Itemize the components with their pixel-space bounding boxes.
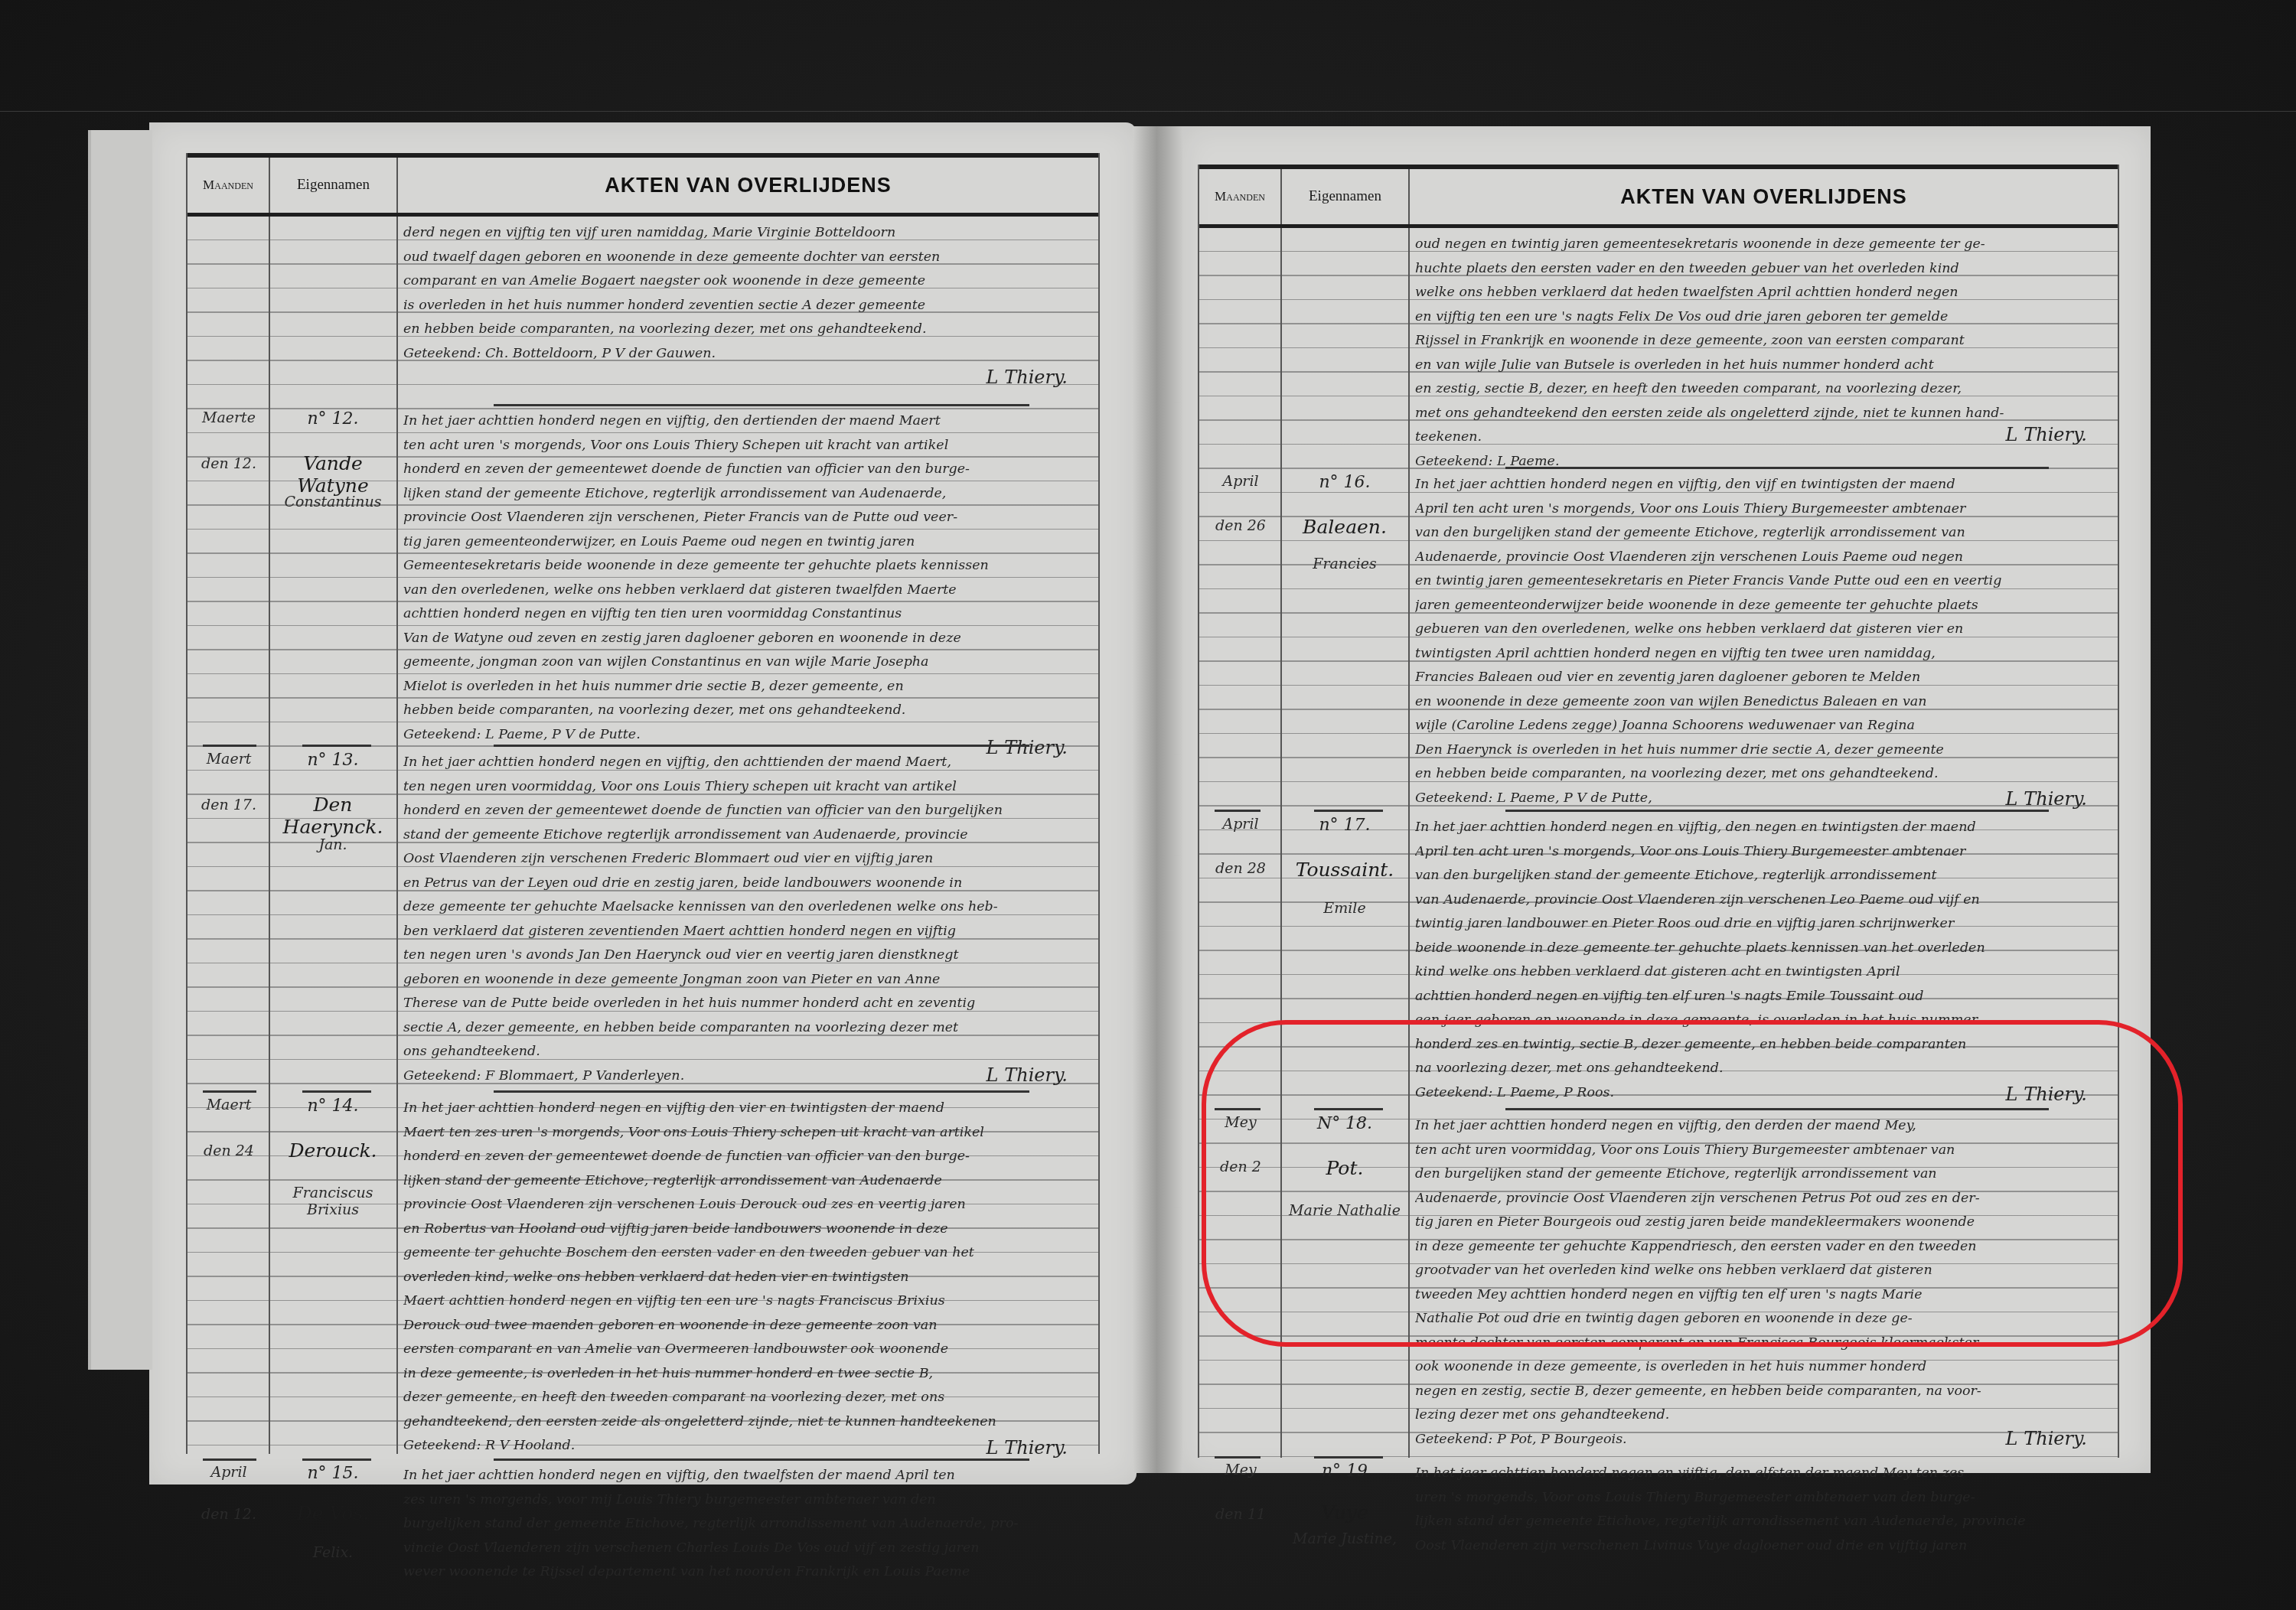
entry-surname: Den Haerynck. (272, 794, 394, 838)
entry-month: Maert (192, 751, 266, 768)
entry-month: Maert (192, 1097, 266, 1113)
entry-separator (1505, 467, 2049, 469)
left-register-table: Maanden Eigennamen AKTEN VAN OVERLIJDENS… (186, 153, 1100, 1454)
entry-separator (1215, 810, 1261, 812)
entry-number: n° 14. (272, 1097, 394, 1116)
signature: L Thiery. (2006, 1428, 2087, 1449)
entry-separator (302, 1458, 371, 1461)
entry-day: den 12. (192, 1506, 266, 1523)
entry-number: n° 16. (1283, 473, 1406, 492)
left-register-header: Maanden Eigennamen AKTEN VAN OVERLIJDENS (188, 153, 1098, 217)
entry-month: April (192, 1464, 266, 1481)
col-header-months: Maanden (188, 158, 270, 213)
entry-separator (1215, 1456, 1261, 1458)
entry-text: In het jaer achttien honderd negen en vi… (403, 1464, 1088, 1585)
entry-separator (203, 1458, 256, 1461)
entry-day: den 28 (1204, 860, 1277, 877)
entry-given-name: Felix. (272, 1544, 394, 1561)
entry-given-name: Constantinus (272, 494, 394, 510)
entry-surname: Toussaint. (1283, 859, 1406, 881)
left-page: Maanden Eigennamen AKTEN VAN OVERLIJDENS… (149, 122, 1137, 1485)
col-header-names: Eigennamen (1282, 169, 1410, 224)
entry-separator (494, 404, 1029, 406)
entry-separator (494, 1458, 1029, 1461)
entry-text: In het jaer achttien honderd negen en vi… (1415, 473, 2107, 810)
signature: L Thiery. (987, 367, 1068, 388)
entry-day: den 17. (192, 797, 266, 813)
entry-number: n° 17. (1283, 816, 1406, 835)
entry-day: den 24 (192, 1142, 266, 1159)
entry-given-name: Francies (1283, 556, 1406, 572)
signature: L Thiery. (987, 1064, 1068, 1086)
col-header-names: Eigennamen (270, 158, 398, 213)
entry-separator (494, 745, 1029, 747)
register-title: AKTEN VAN OVERLIJDENS (398, 174, 1098, 197)
entry-given-name: Marie Justine, (1283, 1530, 1406, 1547)
entry-surname: Vande Watyne (272, 452, 394, 497)
entry-day: den 26 (1204, 517, 1277, 534)
entry-surname: Vuye (1283, 1501, 1406, 1524)
entry-text: oud negen en twintig jaren gemeentesekre… (1415, 233, 2107, 474)
entry-text: In het jaer achttien honderd negen en vi… (403, 409, 1088, 747)
entry-surname: De Vos. (272, 1502, 394, 1524)
entry-given-name: Jan. (272, 836, 394, 853)
entry-separator (203, 745, 256, 747)
entry-separator (302, 745, 371, 747)
entry-separator (1314, 1456, 1383, 1458)
entry-number: n° 19 (1283, 1462, 1406, 1481)
entry-separator (203, 1090, 256, 1093)
entry-number: n° 13. (272, 751, 394, 770)
entry-number: n° 12. (272, 409, 394, 429)
entry-given-name: Emile (1283, 900, 1406, 917)
register-title: AKTEN VAN OVERLIJDENS (1410, 185, 2118, 209)
red-highlight-annotation (1202, 1020, 2183, 1347)
entry-separator (1505, 810, 2049, 812)
entry-given-name: Franciscus Brixius (272, 1185, 394, 1218)
signature: L Thiery. (987, 1437, 1068, 1458)
signature: L Thiery. (2006, 788, 2087, 810)
entry-text: In het jaer achttien honderd negen en vi… (1415, 1462, 2107, 1558)
entry-month: April (1204, 816, 1277, 833)
entry-day: den 11 (1204, 1506, 1277, 1523)
entry-separator (1314, 810, 1383, 812)
scan-edge-line (0, 111, 2296, 112)
entry-month: Maerte (192, 409, 266, 426)
entry-text: In het jaer achttien honderd negen en vi… (403, 1097, 1088, 1458)
entry-separator (494, 1090, 1029, 1093)
entry-surname: Derouck. (272, 1139, 394, 1162)
entry-month: April (1204, 473, 1277, 490)
signature: L Thiery. (2006, 424, 2087, 445)
entry-text: In het jaer achttien honderd negen en vi… (403, 751, 1088, 1088)
entry-number: n° 15. (272, 1464, 394, 1483)
entry-day: den 12. (192, 455, 266, 472)
col-header-months: Maanden (1199, 169, 1282, 224)
entry-surname: Baleaen. (1283, 516, 1406, 538)
left-register-body: derd negen en vijftig ten vijf uren nami… (188, 217, 1098, 1454)
right-register-header: Maanden Eigennamen AKTEN VAN OVERLIJDENS (1199, 165, 2118, 228)
entry-text: derd negen en vijftig ten vijf uren nami… (403, 221, 1088, 366)
entry-separator (302, 1090, 371, 1093)
entry-month: Mey (1204, 1462, 1277, 1478)
book-gutter (1133, 126, 1186, 1473)
